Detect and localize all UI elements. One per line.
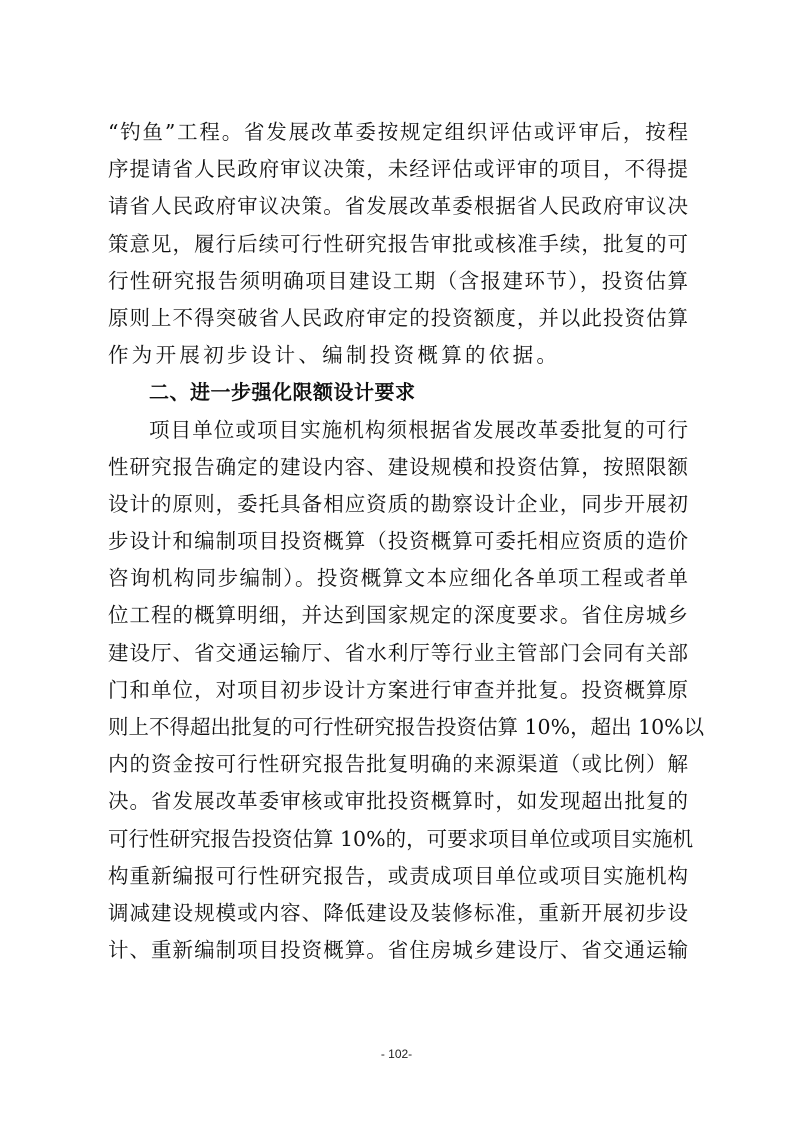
section-heading: 二、进一步强化限额设计要求 — [108, 374, 688, 411]
paragraph-line: 建设厅、省交通运输厅、省水利厅等行业主管部门会同有关部 — [108, 635, 688, 672]
paragraph-line: 构重新编报可行性研究报告，或责成项目单位或项目实施机构 — [108, 858, 688, 895]
document-body: “钓鱼”工程。省发展改革委按规定组织评估或评审后，按程 序提请省人民政府审议决策… — [108, 114, 688, 969]
paragraph-line: 内的资金按可行性研究报告批复明确的来源渠道（或比例）解 — [108, 746, 688, 783]
paragraph-line: 设计的原则，委托具备相应资质的勘察设计企业，同步开展初 — [108, 486, 688, 523]
paragraph-line: 策意见，履行后续可行性研究报告审批或核准手续，批复的可 — [108, 226, 688, 263]
paragraph-line: 作为开展初步设计、编制投资概算的依据。 — [108, 337, 688, 374]
paragraph-line: 项目单位或项目实施机构须根据省发展改革委批复的可行 — [108, 412, 688, 449]
paragraph-line: 则上不得超出批复的可行性研究报告投资估算 10%，超出 10%以 — [108, 709, 688, 746]
page-number: - 102- — [0, 1047, 793, 1061]
paragraph-line: 步设计和编制项目投资概算（投资概算可委托相应资质的造价 — [108, 523, 688, 560]
paragraph-line: 咨询机构同步编制）。投资概算文本应细化各单项工程或者单 — [108, 560, 688, 597]
paragraph-line: 计、重新编制项目投资概算。省住房城乡建设厅、省交通运输 — [108, 932, 688, 969]
paragraph-line: 请省人民政府审议决策。省发展改革委根据省人民政府审议决 — [108, 188, 688, 225]
paragraph-line: “钓鱼”工程。省发展改革委按规定组织评估或评审后，按程 — [108, 114, 688, 151]
paragraph-line: 行性研究报告须明确项目建设工期（含报建环节），投资估算 — [108, 263, 688, 300]
paragraph-line: 性研究报告确定的建设内容、建设规模和投资估算，按照限额 — [108, 449, 688, 486]
paragraph-line: 可行性研究报告投资估算 10%的，可要求项目单位或项目实施机 — [108, 821, 688, 858]
document-page: “钓鱼”工程。省发展改革委按规定组织评估或评审后，按程 序提请省人民政府审议决策… — [0, 0, 793, 1122]
paragraph-line: 序提请省人民政府审议决策，未经评估或评审的项目，不得提 — [108, 151, 688, 188]
paragraph-line: 决。省发展改革委审核或审批投资概算时，如发现超出批复的 — [108, 783, 688, 820]
paragraph-line: 原则上不得突破省人民政府审定的投资额度，并以此投资估算 — [108, 300, 688, 337]
paragraph-line: 门和单位，对项目初步设计方案进行审查并批复。投资概算原 — [108, 672, 688, 709]
paragraph-line: 位工程的概算明细，并达到国家规定的深度要求。省住房城乡 — [108, 597, 688, 634]
paragraph-line: 调减建设规模或内容、降低建设及装修标准，重新开展初步设 — [108, 895, 688, 932]
